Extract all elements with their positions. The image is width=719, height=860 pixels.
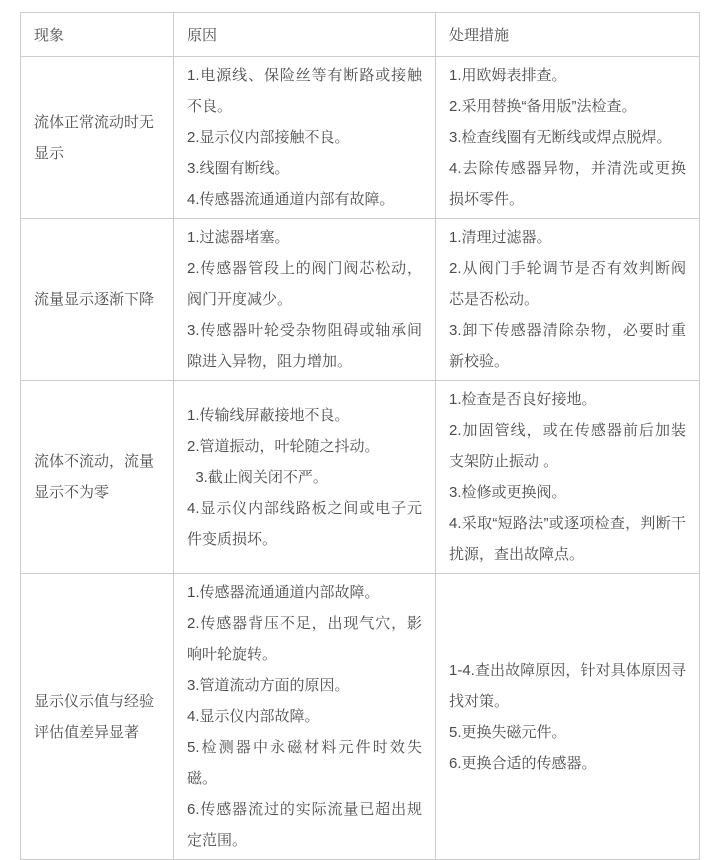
cause-item: 1.电源线、保险丝等有断路或接触不良。 bbox=[187, 60, 422, 122]
causes-cell: 1.电源线、保险丝等有断路或接触不良。 2.显示仪内部接触不良。 3.线圈有断线… bbox=[174, 57, 436, 219]
cause-item: 2.传感器背压不足，出现气穴，影响叶轮旋转。 bbox=[187, 608, 422, 670]
header-cause: 原因 bbox=[174, 13, 436, 57]
cause-item: 5.检测器中永磁材料元件时效失磁。 bbox=[187, 732, 422, 794]
cause-item: 2.传感器管段上的阀门阀芯松动，阀门开度减少。 bbox=[187, 253, 422, 315]
cause-item: 3.管道流动方面的原因。 bbox=[187, 670, 422, 701]
causes-cell: 1.过滤器堵塞。 2.传感器管段上的阀门阀芯松动，阀门开度减少。 3.传感器叶轮… bbox=[174, 219, 436, 381]
measure-item: 3.卸下传感器清除杂物，必要时重新校验。 bbox=[449, 315, 686, 377]
measure-item: 3.检修或更换阀。 bbox=[449, 477, 686, 508]
measure-item: 2.从阀门手轮调节是否有效判断阀芯是否松动。 bbox=[449, 253, 686, 315]
header-measures: 处理措施 bbox=[436, 13, 700, 57]
measure-item: 2.加固管线，或在传感器前后加装支架防止振动 。 bbox=[449, 415, 686, 477]
table-row: 流体不流动，流量显示不为零 1.传输线屏蔽接地不良。 2.管道振动，叶轮随之抖动… bbox=[21, 381, 700, 574]
table-row: 流量显示逐渐下降 1.过滤器堵塞。 2.传感器管段上的阀门阀芯松动，阀门开度减少… bbox=[21, 219, 700, 381]
header-phenomenon: 现象 bbox=[21, 13, 174, 57]
measure-item: 2.采用替换“备用版”法检查。 bbox=[449, 91, 686, 122]
measure-item: 1.用欧姆表排查。 bbox=[449, 60, 686, 91]
page: 现象 原因 处理措施 流体正常流动时无显示 1.电源线、保险丝等有断路或接触不良… bbox=[0, 0, 719, 858]
table-row: 显示仪示值与经验评估值差异显著 1.传感器流通通道内部故障。 2.传感器背压不足… bbox=[21, 574, 700, 860]
measure-item: 4.去除传感器异物，并清洗或更换损坏零件。 bbox=[449, 153, 686, 215]
measure-item: 3.检查线圈有无断线或焊点脱焊。 bbox=[449, 122, 686, 153]
measures-cell: 1.清理过滤器。 2.从阀门手轮调节是否有效判断阀芯是否松动。 3.卸下传感器清… bbox=[436, 219, 700, 381]
header-row: 现象 原因 处理措施 bbox=[21, 13, 700, 57]
cause-item: 1.传感器流通通道内部故障。 bbox=[187, 577, 422, 608]
cause-item: 2.管道振动，叶轮随之抖动。 bbox=[187, 431, 422, 462]
troubleshooting-table: 现象 原因 处理措施 流体正常流动时无显示 1.电源线、保险丝等有断路或接触不良… bbox=[20, 12, 700, 860]
cause-item: 3.截止阀关闭不严。 bbox=[187, 462, 422, 493]
cause-item: 6.传感器流过的实际流量已超出规定范围。 bbox=[187, 794, 422, 856]
measure-item: 5.更换失磁元件。 bbox=[449, 717, 686, 748]
cause-item: 4.显示仪内部线路板之间或电子元件变质损坏。 bbox=[187, 493, 422, 555]
cause-item: 2.显示仪内部接触不良。 bbox=[187, 122, 422, 153]
causes-cell: 1.传感器流通通道内部故障。 2.传感器背压不足，出现气穴，影响叶轮旋转。 3.… bbox=[174, 574, 436, 860]
table-row: 流体正常流动时无显示 1.电源线、保险丝等有断路或接触不良。 2.显示仪内部接触… bbox=[21, 57, 700, 219]
measures-cell: 1-4.查出故障原因，针对具体原因寻找对策。 5.更换失磁元件。 6.更换合适的… bbox=[436, 574, 700, 860]
phenomenon-cell: 显示仪示值与经验评估值差异显著 bbox=[21, 574, 174, 860]
measure-item: 1-4.查出故障原因，针对具体原因寻找对策。 bbox=[449, 655, 686, 717]
phenomenon-cell: 流体正常流动时无显示 bbox=[21, 57, 174, 219]
cause-item: 1.过滤器堵塞。 bbox=[187, 222, 422, 253]
cause-item: 4.传感器流通通道内部有故障。 bbox=[187, 184, 422, 215]
measure-item: 1.清理过滤器。 bbox=[449, 222, 686, 253]
cause-item: 1.传输线屏蔽接地不良。 bbox=[187, 400, 422, 431]
causes-cell: 1.传输线屏蔽接地不良。 2.管道振动，叶轮随之抖动。 3.截止阀关闭不严。 4… bbox=[174, 381, 436, 574]
cause-item: 4.显示仪内部故障。 bbox=[187, 701, 422, 732]
phenomenon-cell: 流体不流动，流量显示不为零 bbox=[21, 381, 174, 574]
measures-cell: 1.用欧姆表排查。 2.采用替换“备用版”法检查。 3.检查线圈有无断线或焊点脱… bbox=[436, 57, 700, 219]
measure-item: 4.采取“短路法”或逐项检查，判断干扰源，查出故障点。 bbox=[449, 508, 686, 570]
measure-item: 1.检查是否良好接地。 bbox=[449, 384, 686, 415]
cause-item: 3.线圈有断线。 bbox=[187, 153, 422, 184]
phenomenon-cell: 流量显示逐渐下降 bbox=[21, 219, 174, 381]
measures-cell: 1.检查是否良好接地。 2.加固管线，或在传感器前后加装支架防止振动 。 3.检… bbox=[436, 381, 700, 574]
cause-item: 3.传感器叶轮受杂物阻碍或轴承间隙进入异物，阻力增加。 bbox=[187, 315, 422, 377]
measure-item: 6.更换合适的传感器。 bbox=[449, 748, 686, 779]
